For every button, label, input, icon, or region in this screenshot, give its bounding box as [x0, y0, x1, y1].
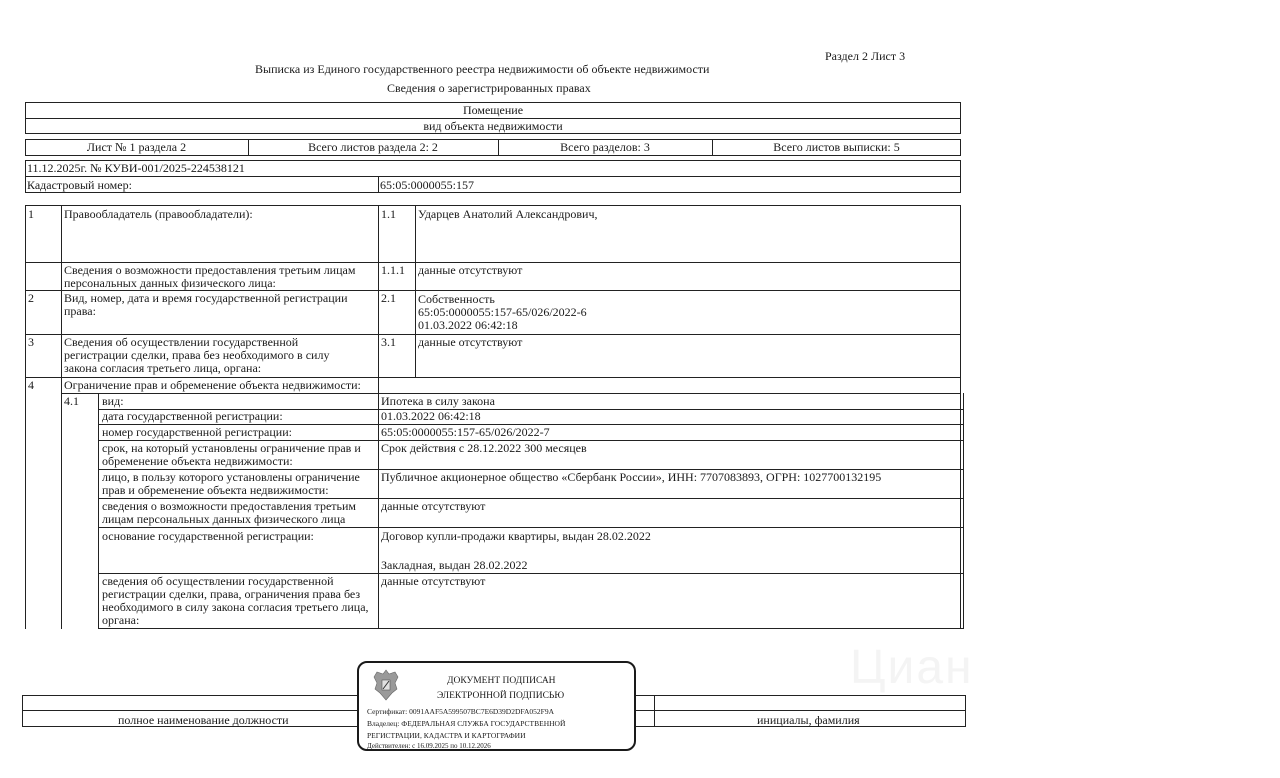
- enc-term-value: Срок действия с 28.12.2022 300 месяцев: [381, 442, 587, 455]
- enc-beneficiary-label: лицо, в пользу которого установлены огра…: [102, 471, 378, 497]
- total-sections: Всего разделов: 3: [498, 141, 712, 154]
- stamp-certificate: Сертификат: 0091AAF5A599507BC7E6D39D2DFA…: [367, 707, 554, 717]
- row-2-label: Вид, номер, дата и время государственной…: [64, 292, 376, 318]
- enc-reg-date-value: 01.03.2022 06:42:18: [381, 410, 481, 423]
- name-label: инициалы, фамилия: [757, 714, 860, 727]
- total-sheets-section: Всего листов раздела 2: 2: [248, 141, 498, 154]
- enc-reg-date-label: дата государственной регистрации:: [102, 410, 283, 423]
- enc-basis-label: основание государственной регистрации:: [102, 530, 314, 543]
- e-signature-stamp: ДОКУМЕНТ ПОДПИСАН ЭЛЕКТРОННОЙ ПОДПИСЬЮ С…: [357, 661, 636, 751]
- row-3-label: Сведения об осуществлении государственно…: [64, 336, 364, 375]
- object-type-value: Помещение: [25, 104, 961, 117]
- stamp-line-2: ЭЛЕКТРОННОЙ ПОДПИСЬЮ: [437, 691, 564, 701]
- document-subtitle: Сведения о зарегистрированных правах: [387, 82, 591, 95]
- enc-consent-value: данные отсутствуют: [381, 575, 485, 588]
- enc-beneficiary-value: Публичное акционерное общество «Сбербанк…: [381, 471, 881, 484]
- object-type-label: вид объекта недвижимости: [25, 120, 961, 133]
- position-label: полное наименование должности: [118, 714, 289, 727]
- stamp-valid: Действителен: с 16.09.2025 по 10.12.2026: [367, 741, 491, 751]
- enc-reg-number-label: номер государственной регистрации:: [102, 426, 292, 439]
- row-1-sub: 1.1: [381, 208, 396, 221]
- row-3-number: 3: [28, 336, 34, 349]
- right-holder-name: Ударцев Анатолий Александрович,: [418, 208, 597, 221]
- enc-basis-value-2: Закладная, выдан 28.02.2022: [381, 559, 527, 572]
- right-reg-date: 01.03.2022 06:42:18: [418, 319, 518, 332]
- row-3-sub: 3.1: [381, 336, 396, 349]
- row-4-label: Ограничение прав и обременение объекта н…: [64, 379, 361, 392]
- cadastral-label: Кадастровый номер:: [27, 179, 132, 192]
- enc-personal-data-label: сведения о возможности предоставления тр…: [102, 500, 378, 526]
- cadastral-number: 65:05:0000055:157: [380, 179, 474, 192]
- section-sheet-label: Раздел 2 Лист 3: [825, 50, 905, 63]
- enc-basis-value-1: Договор купли-продажи квартиры, выдан 28…: [381, 530, 651, 543]
- row-4-number: 4: [28, 379, 34, 392]
- enc-term-label: срок, на который установлены ограничение…: [102, 442, 378, 468]
- watermark: Циан: [850, 640, 974, 695]
- enc-personal-data-value: данные отсутствуют: [381, 500, 485, 513]
- enc-type-value: Ипотека в силу закона: [381, 395, 495, 408]
- sheet-number: Лист № 1 раздела 2: [25, 141, 248, 154]
- row-1-1-1-value: данные отсутствуют: [418, 264, 522, 277]
- row-1-1-1-sub: 1.1.1: [381, 264, 405, 277]
- stamp-owner-2: РЕГИСТРАЦИИ, КАДАСТРА И КАРТОГРАФИИ: [367, 731, 526, 741]
- extract-date-number: 11.12.2025г. № КУВИ-001/2025-224538121: [27, 162, 245, 175]
- row-3-value: данные отсутствуют: [418, 336, 522, 349]
- total-sheets-extract: Всего листов выписки: 5: [712, 141, 961, 154]
- stamp-line-1: ДОКУМЕНТ ПОДПИСАН: [447, 676, 556, 686]
- enc-reg-number-value: 65:05:0000055:157-65/026/2022-7: [381, 426, 550, 439]
- row-2-number: 2: [28, 292, 34, 305]
- enc-consent-label: сведения об осуществлении государственно…: [102, 575, 378, 627]
- coat-of-arms-icon: [371, 667, 401, 703]
- row-1-1-1-label: Сведения о возможности предоставления тр…: [64, 264, 376, 290]
- row-4-1-sub: 4.1: [64, 395, 79, 408]
- row-1-number: 1: [28, 208, 34, 221]
- row-1-label: Правообладатель (правообладатели):: [64, 208, 253, 221]
- enc-type-label: вид:: [102, 395, 124, 408]
- document-title: Выписка из Единого государственного реес…: [255, 63, 709, 76]
- row-2-sub: 2.1: [381, 292, 396, 305]
- stamp-owner-1: Владелец: ФЕДЕРАЛЬНАЯ СЛУЖБА ГОСУДАРСТВЕ…: [367, 719, 565, 729]
